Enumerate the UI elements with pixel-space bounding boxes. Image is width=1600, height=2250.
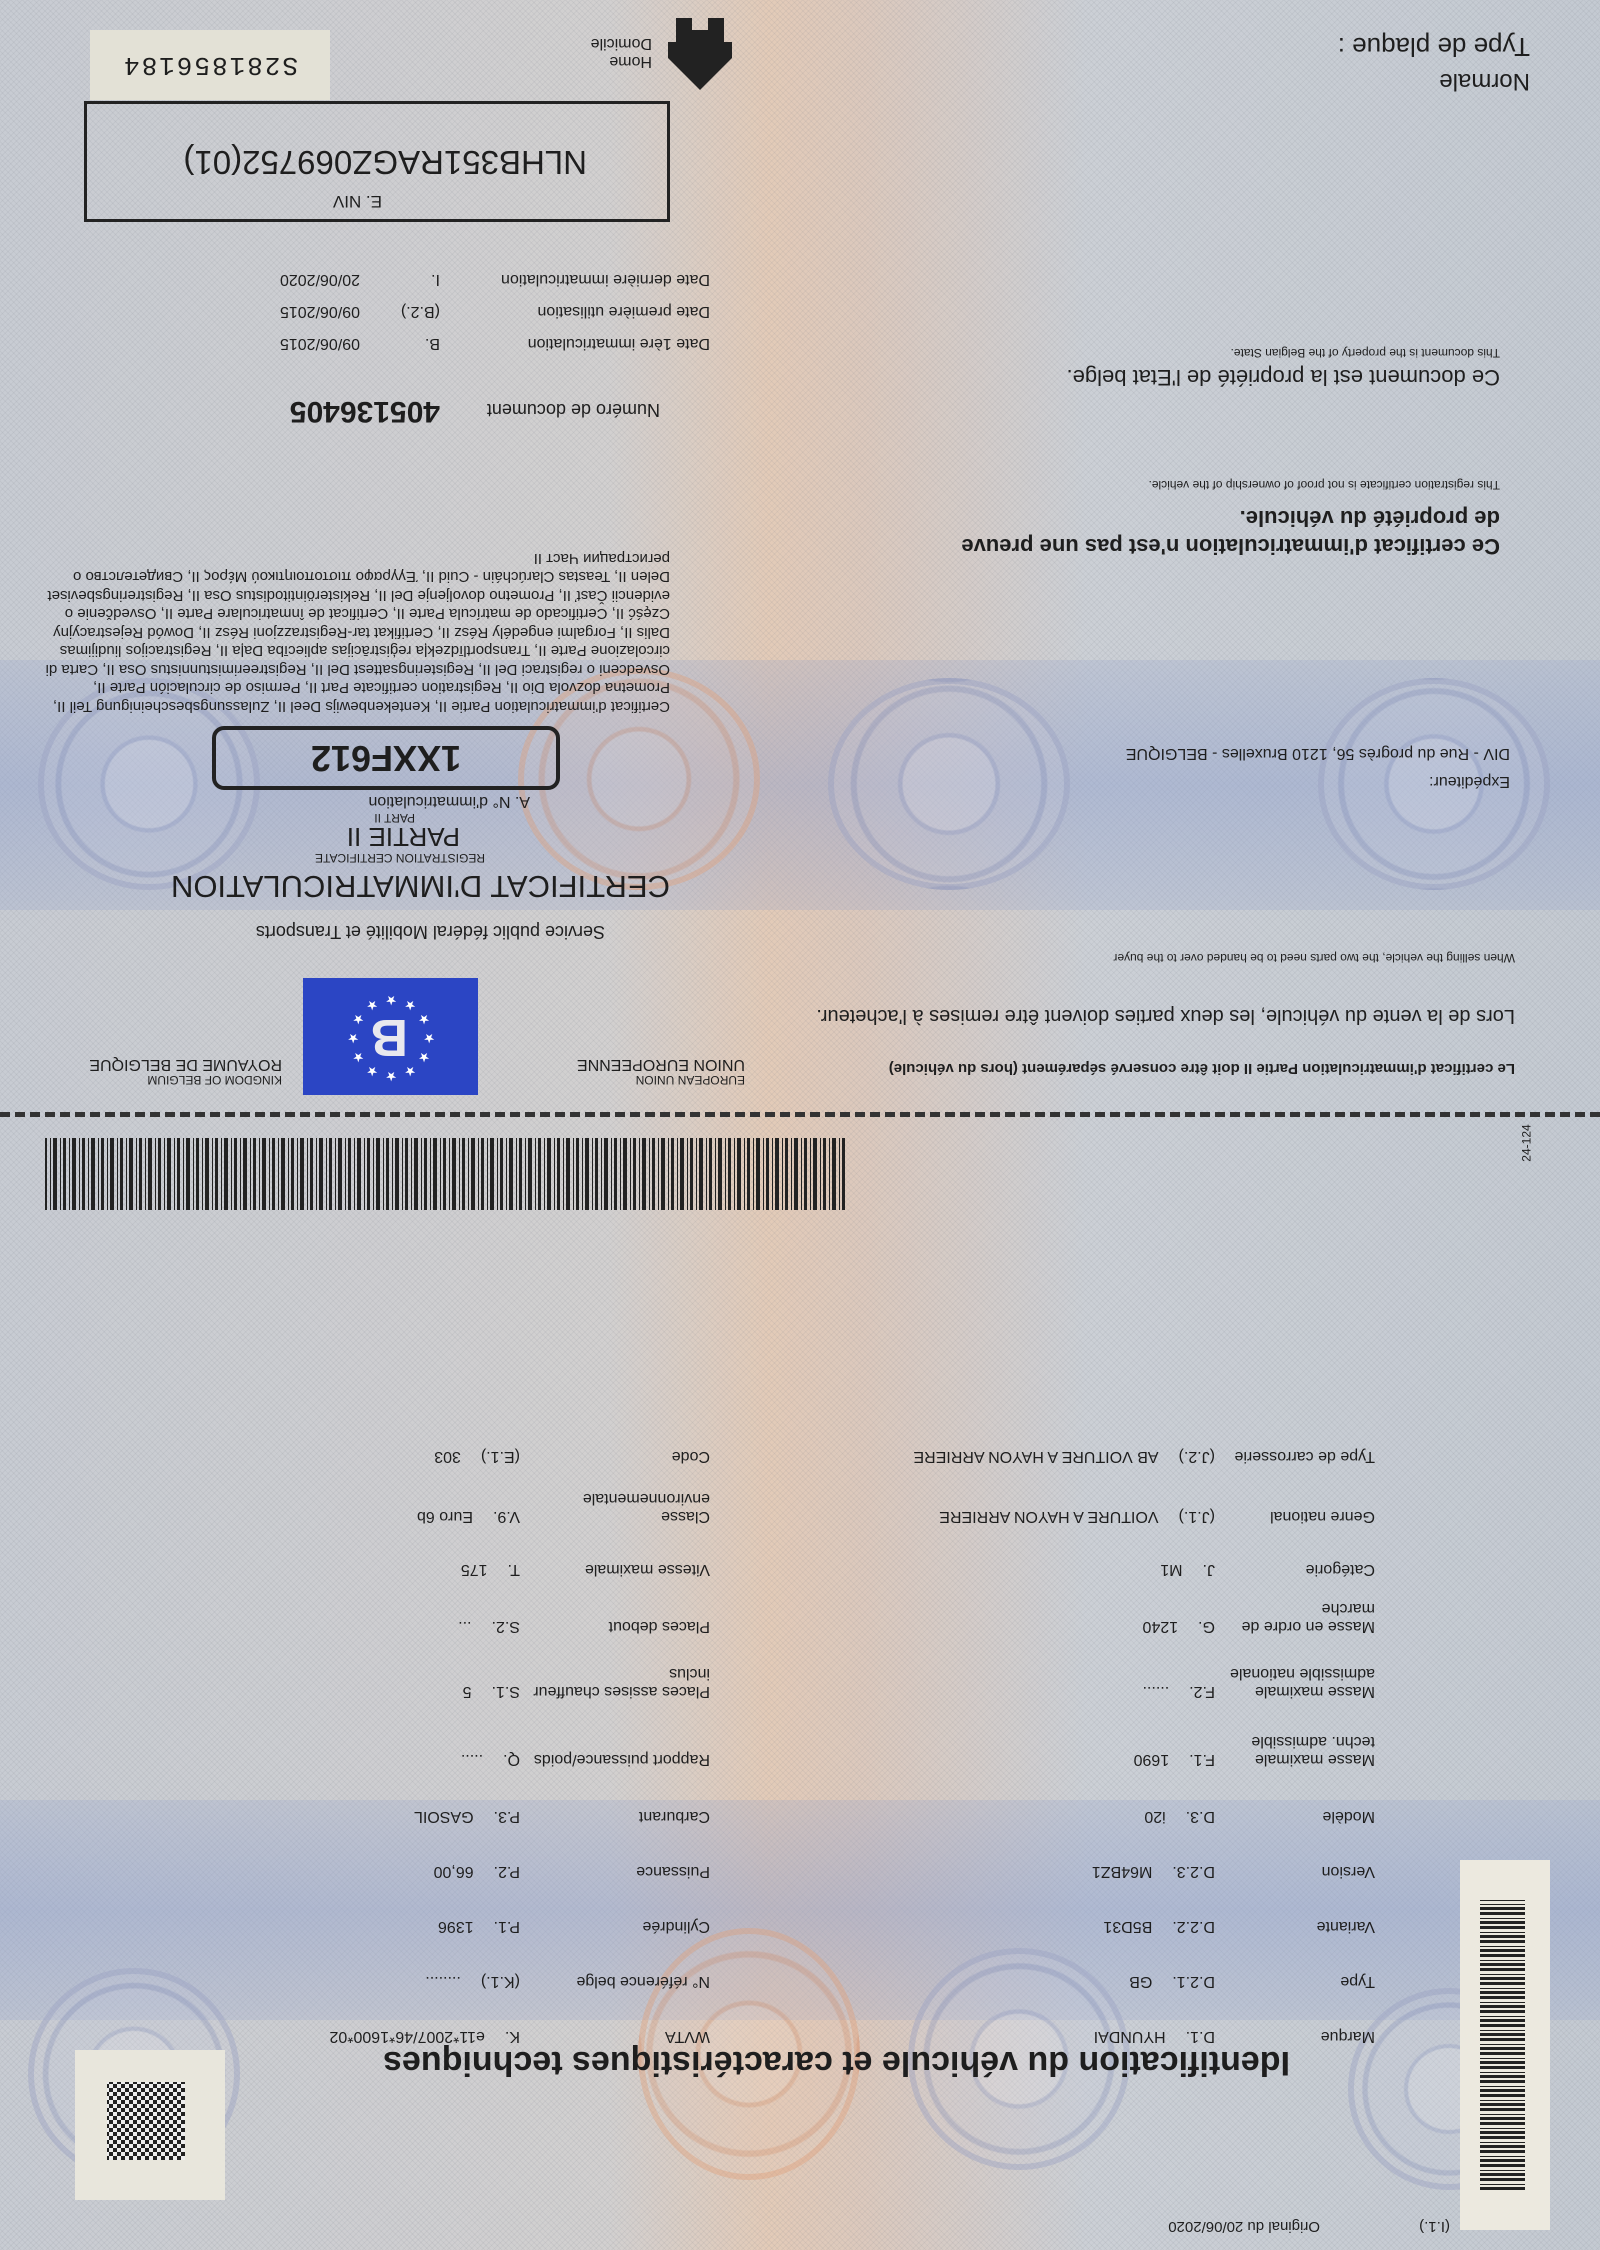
star-icon: ★ <box>366 997 378 1013</box>
serial-sticker: S281856184 <box>90 30 330 100</box>
home-icon <box>660 15 740 90</box>
field-code: (J.1.) <box>1179 1507 1215 1525</box>
vehicle-field: Classe environnementaleV.9.Euro 6b <box>417 1489 710 1525</box>
vehicle-field: Places assises chauffeur inclusS.1.5 <box>463 1664 710 1700</box>
kingdom-label-fr: ROYAUME DE BELGIQUE <box>89 1055 282 1073</box>
sale-notice-fr: Lors de la vente du véhicule, les deux p… <box>795 1004 1515 1028</box>
field-value: e11*2007/46*1600*02 <box>329 2027 484 2045</box>
field-code: S.2. <box>492 1617 520 1635</box>
date-field: Date dernière immatriculationI.20/06/202… <box>280 270 710 288</box>
field-value: 1240 <box>1143 1617 1179 1635</box>
plate-number-box: 1XXF612 <box>212 726 560 790</box>
barcode <box>45 1138 845 1210</box>
field-value: 1396 <box>438 1917 474 1935</box>
document-number-label: Numéro de document <box>487 399 660 420</box>
serial-number: S281856184 <box>122 50 298 80</box>
field-value: 303 <box>434 1447 461 1465</box>
eu-label-fr: UNION EUROPEENNE <box>577 1055 745 1073</box>
vehicle-field: Masse maximale admissible nationaleF.2..… <box>1143 1664 1375 1700</box>
sender-label: Expéditeur: <box>1429 772 1510 790</box>
vehicle-field: Code(E.1.)303 <box>434 1447 710 1465</box>
vin-value: NLHB351RAGZ069752(01) <box>183 143 587 181</box>
country-letter: B <box>370 1007 408 1067</box>
agency-name: Service public fédéral Mobilité et Trans… <box>256 921 605 942</box>
field-value: ..... <box>461 1750 483 1768</box>
star-icon: ★ <box>404 1063 416 1079</box>
field-code: D.3. <box>1186 1807 1215 1825</box>
eu-flag: B ★★★★★★★★★★★★ <box>303 978 478 1095</box>
vehicle-field: VarianteD.2.2.B5D31 <box>1103 1917 1375 1935</box>
field-value: ...... <box>1143 1682 1170 1700</box>
field-value: VOITURE A HAYON ARRIERE <box>939 1507 1158 1525</box>
property-notice-en: This document is the property of the Bel… <box>1231 346 1500 360</box>
vertical-barcode <box>1480 1900 1525 2190</box>
home-label: Home Domicile <box>591 34 652 70</box>
sender-address: DIV - Rue du progrès 56, 1210 Bruxelles … <box>1126 744 1510 762</box>
date-label: Date dernière immatriculation <box>450 270 710 288</box>
date-value: 09/06/2015 <box>280 334 360 352</box>
vehicle-field: N° référence belge(K.1.)........ <box>425 1972 710 1990</box>
plate-number: 1XXF612 <box>311 737 461 779</box>
field-label: Catégorie <box>1225 1560 1375 1578</box>
footer-code: (I.1.) <box>1419 2218 1450 2235</box>
star-icon: ★ <box>423 1030 435 1046</box>
field-code: D.2.3. <box>1172 1862 1215 1880</box>
part-label-en: PART II <box>374 811 415 825</box>
field-code: G. <box>1198 1617 1215 1635</box>
original-date: Original du 20/06/2020 <box>1168 2218 1320 2235</box>
star-icon: ★ <box>385 1068 397 1084</box>
not-proof-notice-fr: Ce certificat d'immatriculation n'est pa… <box>940 504 1500 560</box>
field-label: Variante <box>1225 1917 1375 1935</box>
field-value: 175 <box>461 1560 488 1578</box>
field-code: P.3. <box>494 1807 520 1825</box>
plate-type-value: Normale <box>1439 67 1530 95</box>
field-code: S.1. <box>492 1682 520 1700</box>
vehicle-field: VersionD.2.3.M64BZ1 <box>1092 1862 1375 1880</box>
field-value: Euro 6b <box>417 1507 473 1525</box>
field-label: Code <box>530 1447 710 1465</box>
keep-separate-notice: Le certificat d'immatriculation Partie I… <box>795 1059 1515 1078</box>
certificate-title: CERTIFICAT D'IMMATRICULATION <box>171 868 670 904</box>
property-notice-fr: Ce document est la propriété de l'Etat b… <box>1067 364 1500 390</box>
home-label-en: Home <box>591 52 652 70</box>
vehicle-field: Places deboutS.2.... <box>458 1617 710 1635</box>
vehicle-field: Vitesse maximaleT.175 <box>461 1560 710 1578</box>
star-icon: ★ <box>418 1049 430 1065</box>
field-value: i20 <box>1144 1807 1165 1825</box>
kingdom-label: KINGDOM OF BELGIUM ROYAUME DE BELGIQUE <box>89 1055 282 1087</box>
field-code: V.9. <box>493 1507 520 1525</box>
field-label: Rapport puissance/poids <box>530 1750 710 1768</box>
field-label: WVTA <box>530 2027 710 2045</box>
field-label: Type <box>1225 1972 1375 1990</box>
field-label: Places debout <box>530 1617 710 1635</box>
plate-type-label: Type de plaque : <box>1338 31 1530 62</box>
field-value: 1690 <box>1134 1750 1170 1768</box>
field-label: N° référence belge <box>530 1972 710 1990</box>
field-label: Masse en ordre de marche <box>1225 1599 1375 1635</box>
vehicle-field: WVTAK.e11*2007/46*1600*02 <box>329 2027 710 2045</box>
vin-box: E. NIV NLHB351RAGZ069752(01) <box>84 101 670 222</box>
field-label: Masse maximale techn. admissible <box>1225 1732 1375 1768</box>
multilingual-titles: Certificat d'immatriculation Partie II, … <box>40 549 670 716</box>
field-value: 66,00 <box>434 1862 474 1880</box>
qr-code <box>107 2082 185 2160</box>
field-code: T. <box>508 1560 520 1578</box>
vehicle-field: CylindréeP.1.1396 <box>438 1917 710 1935</box>
tear-line <box>0 1112 1600 1117</box>
field-value: AB VOITURE A HAYON ARRIERE <box>913 1447 1158 1465</box>
date-label: Date première utilisation <box>450 302 710 320</box>
part-label: PARTIE II <box>347 821 460 852</box>
registration-certificate: (I.1.) Original du 20/06/2020 Identifica… <box>0 0 1600 2250</box>
vehicle-field: Type de carrosserie(J.2.)AB VOITURE A HA… <box>913 1447 1375 1465</box>
date-field: Date première utilisation(B.2.)09/06/201… <box>280 302 710 320</box>
field-value: HYUNDAI <box>1094 2027 1166 2045</box>
field-label: Cylindrée <box>530 1917 710 1935</box>
vehicle-field: ModèleD.3.i20 <box>1144 1807 1375 1825</box>
field-value: GB <box>1129 1972 1152 1990</box>
field-value: 5 <box>463 1682 472 1700</box>
vehicle-field: TypeD.2.1.GB <box>1129 1972 1375 1990</box>
field-label: Marque <box>1225 2027 1375 2045</box>
field-code: P.1. <box>494 1917 520 1935</box>
field-code: (K.1.) <box>481 1972 520 1990</box>
vehicle-field: Masse en ordre de marcheG.1240 <box>1143 1599 1375 1635</box>
field-label: Genre national <box>1225 1507 1375 1525</box>
star-icon: ★ <box>418 1011 430 1027</box>
field-label: Type de carrosserie <box>1225 1447 1375 1465</box>
date-code: B. <box>380 334 440 352</box>
field-label: Modèle <box>1225 1807 1375 1825</box>
vehicle-field: Masse maximale techn. admissibleF.1.1690 <box>1134 1732 1375 1768</box>
date-code: I. <box>380 270 440 288</box>
wheel-watermark <box>828 678 1070 890</box>
field-value: GASOIL <box>414 1807 474 1825</box>
field-value: ... <box>458 1617 471 1635</box>
field-code: K. <box>505 2027 520 2045</box>
document-number: 405136405 <box>290 394 440 428</box>
vehicle-field: CatégorieJ.M1 <box>1160 1560 1375 1578</box>
not-proof-notice-en: This registration certificate is not pro… <box>1148 478 1500 492</box>
star-icon: ★ <box>352 1011 364 1027</box>
qr-sticker <box>75 2050 225 2200</box>
date-value: 20/06/2020 <box>280 270 360 288</box>
tear-code: 24-124 <box>1519 1124 1533 1161</box>
star-icon: ★ <box>352 1049 364 1065</box>
date-label: Date 1ère immatriculation <box>450 334 710 352</box>
vehicle-field: Rapport puissance/poidsQ...... <box>461 1750 710 1768</box>
field-label: Masse maximale admissible nationale <box>1225 1664 1375 1700</box>
field-label: Vitesse maximale <box>530 1560 710 1578</box>
plate-label: A. N° d'immatriculation <box>369 792 531 810</box>
date-value: 09/06/2015 <box>280 302 360 320</box>
star-icon: ★ <box>404 997 416 1013</box>
field-label: Version <box>1225 1862 1375 1880</box>
certificate-title-en: REGISTRATION CERTIFICATE <box>315 851 485 865</box>
field-code: F.1. <box>1189 1750 1215 1768</box>
field-code: D.2.2. <box>1172 1917 1215 1935</box>
field-value: M1 <box>1160 1560 1182 1578</box>
field-label: Classe environnementale <box>530 1489 710 1525</box>
kingdom-label-en: KINGDOM OF BELGIUM <box>89 1073 282 1087</box>
star-icon: ★ <box>366 1063 378 1079</box>
field-value: B5D31 <box>1103 1917 1152 1935</box>
star-icon: ★ <box>347 1030 359 1046</box>
field-label: Puissance <box>530 1862 710 1880</box>
field-code: (J.2.) <box>1179 1447 1215 1465</box>
eu-label: EUROPEAN UNION UNION EUROPEENNE <box>577 1055 745 1087</box>
field-code: Q. <box>503 1750 520 1768</box>
eu-label-en: EUROPEAN UNION <box>577 1073 745 1087</box>
field-code: (E.1.) <box>481 1447 520 1465</box>
field-code: P.2. <box>494 1862 520 1880</box>
field-code: F.2. <box>1189 1682 1215 1700</box>
barcode-sticker <box>1460 1860 1550 2230</box>
home-label-fr: Domicile <box>591 34 652 52</box>
field-code: D.2.1. <box>1172 1972 1215 1990</box>
field-value: ........ <box>425 1972 461 1990</box>
date-code: (B.2.) <box>380 302 440 320</box>
star-icon: ★ <box>385 992 397 1008</box>
vehicle-field: CarburantP.3.GASOIL <box>414 1807 710 1825</box>
field-code: J. <box>1203 1560 1215 1578</box>
vehicle-field: Genre national(J.1.)VOITURE A HAYON ARRI… <box>939 1507 1375 1525</box>
vehicle-field: MarqueD.1.HYUNDAI <box>1094 2027 1375 2045</box>
field-code: D.1. <box>1186 2027 1215 2045</box>
date-field: Date 1ère immatriculationB.09/06/2015 <box>280 334 710 352</box>
field-value: M64BZ1 <box>1092 1862 1152 1880</box>
sale-notice-en: When selling the vehicle, the two parts … <box>1113 951 1515 965</box>
vehicle-section-title: Identification du véhicule et caractéris… <box>383 2043 1290 2082</box>
vehicle-field: PuissanceP.2.66,00 <box>434 1862 710 1880</box>
vin-label: E. NIV <box>333 191 382 211</box>
field-label: Places assises chauffeur inclus <box>530 1664 710 1700</box>
field-label: Carburant <box>530 1807 710 1825</box>
